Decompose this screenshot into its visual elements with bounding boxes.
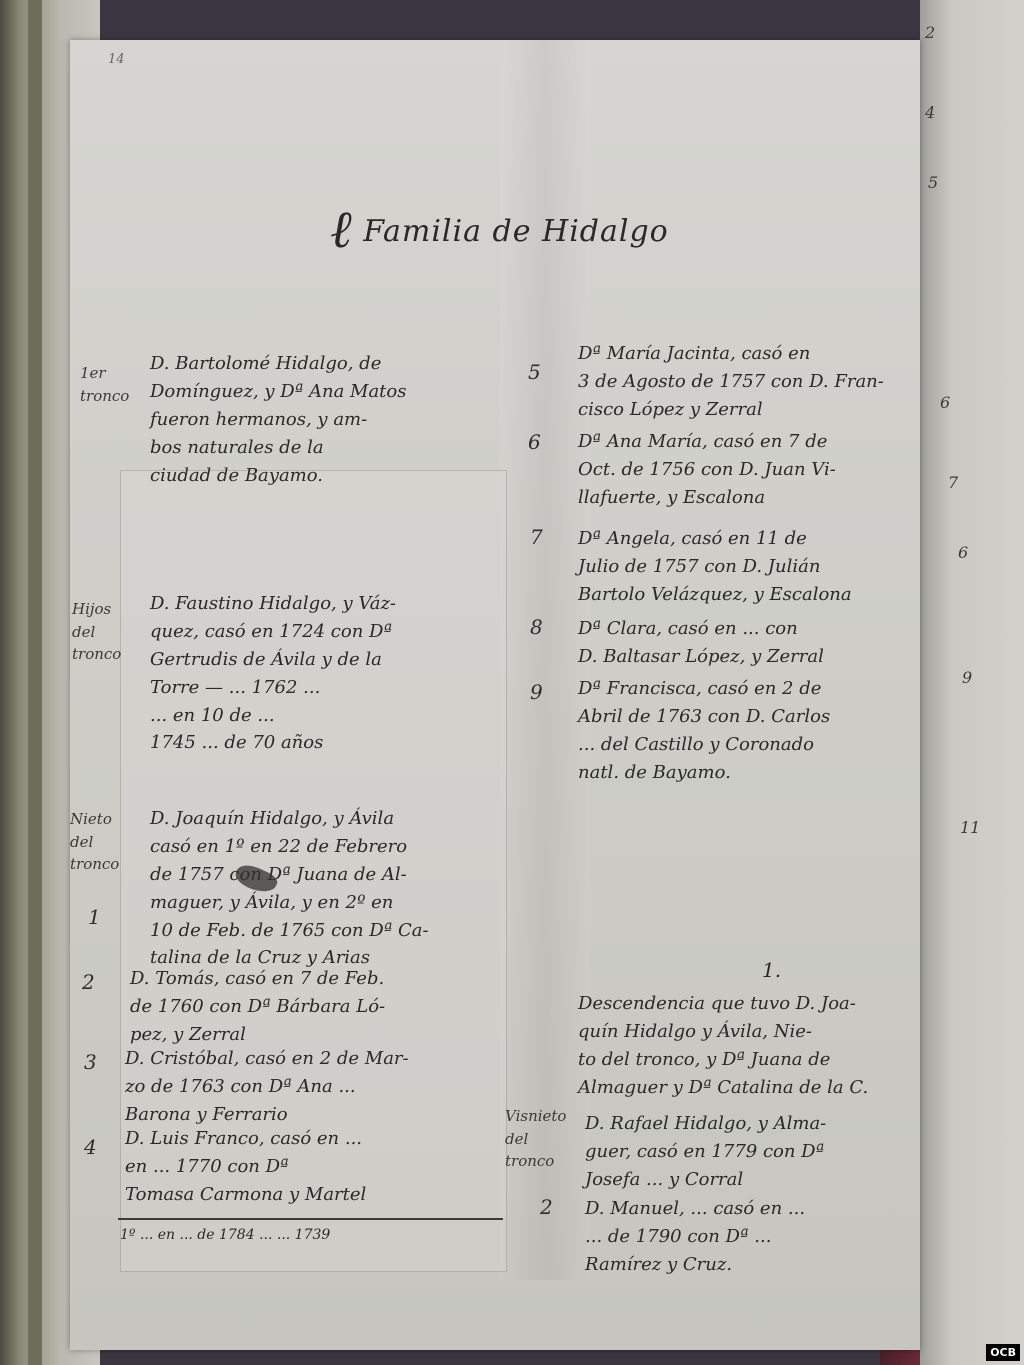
entry-luis-franco: D. Luis Franco, casó en ... en ... 1770 …	[125, 1125, 366, 1209]
entry-number: 5	[528, 360, 541, 384]
entry-number: 9	[530, 680, 543, 704]
adjacent-num: 4	[925, 100, 935, 126]
adjacent-num: 7	[948, 470, 958, 496]
entry-angela: Dª Angela, casó en 11 de Julio de 1757 c…	[578, 525, 852, 609]
margin-note-tronco: 1er tronco	[80, 362, 129, 407]
entry-number: 6	[528, 430, 541, 454]
entry-cristobal: D. Cristóbal, casó en 2 de Mar- zo de 17…	[125, 1045, 409, 1129]
margin-note-nieto: Nieto del tronco	[70, 808, 119, 876]
page-marker: 14	[108, 52, 125, 67]
entry-tomas: D. Tomás, casó en 7 de Feb. de 1760 con …	[130, 965, 385, 1049]
entry-clara: Dª Clara, casó en ... con D. Baltasar Ló…	[578, 615, 824, 671]
entry-number: 2	[82, 970, 95, 994]
entry-francisca: Dª Francisca, casó en 2 de Abril de 1763…	[578, 675, 830, 787]
entry-faustino: D. Faustino Hidalgo, y Váz- quez, casó e…	[150, 590, 396, 757]
entry-rafael: D. Rafael Hidalgo, y Alma- guer, casó en…	[585, 1110, 826, 1194]
entry-bartolome: D. Bartolomé Hidalgo, de Domínguez, y Dª…	[150, 350, 407, 489]
margin-note-hijos: Hijos del tronco	[72, 598, 121, 666]
title-initial: ℓ	[330, 200, 353, 260]
title-text: Familia de Hidalgo	[363, 214, 669, 249]
adjacent-num: 6	[958, 540, 968, 566]
book-spine	[28, 0, 42, 1365]
entry-manuel: D. Manuel, ... casó en ... ... de 1790 c…	[585, 1195, 805, 1279]
entry-number: 8	[530, 615, 543, 639]
entry-number: 3	[84, 1050, 97, 1074]
entry-number: 7	[530, 525, 543, 549]
adjacent-num: 6	[940, 390, 950, 416]
page-title: ℓ Familia de Hidalgo	[330, 190, 669, 271]
entry-number: 4	[84, 1135, 97, 1159]
section-heading: 1.	[762, 955, 781, 986]
adjacent-num: 11	[960, 815, 980, 841]
entry-maria-jacinta: Dª María Jacinta, casó en 3 de Agosto de…	[578, 340, 884, 424]
entry-joaquin: D. Joaquín Hidalgo, y Ávila casó en 1º e…	[150, 805, 429, 972]
divider-line	[118, 1218, 503, 1220]
entry-number-1: 1	[88, 905, 101, 929]
adjacent-num: 2	[925, 20, 935, 46]
left-footnote: 1º ... en ... de 1784 ... ... 1739	[120, 1225, 330, 1247]
watermark-logo: OCB	[986, 1344, 1020, 1361]
margin-note-visnieto: Visnieto del tronco	[505, 1105, 566, 1173]
adjacent-num: 9	[962, 665, 972, 691]
entry-descendencia: Descendencia que tuvo D. Joa- quín Hidal…	[578, 990, 868, 1102]
adjacent-num: 5	[928, 170, 938, 196]
entry-ana-maria: Dª Ana María, casó en 7 de Oct. de 1756 …	[578, 428, 836, 512]
entry-number: 2	[540, 1195, 553, 1219]
